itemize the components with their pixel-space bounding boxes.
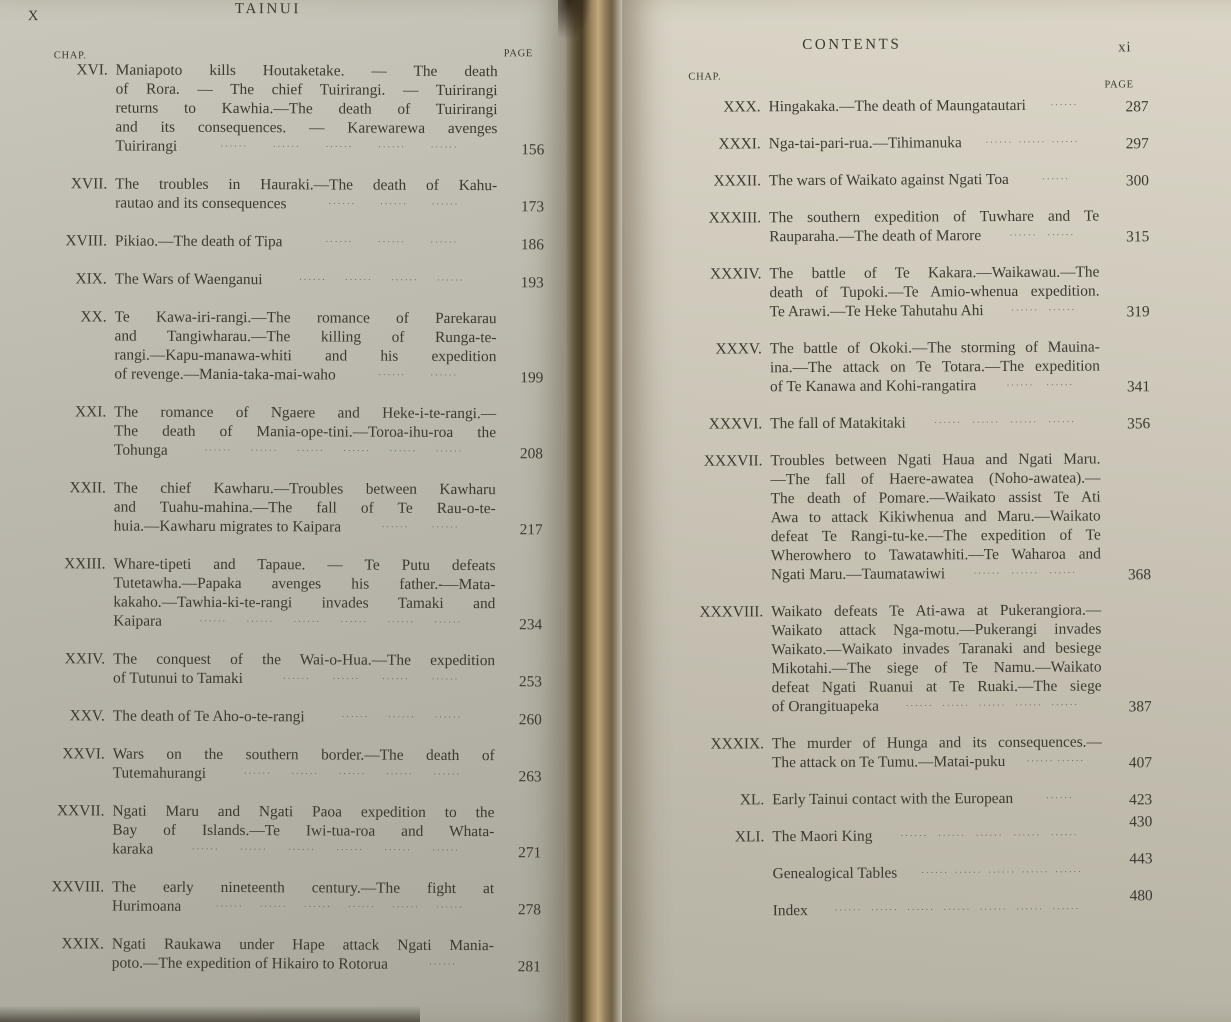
description-line: Waikato.—Waikato invades Taranaki and be… bbox=[771, 638, 1101, 659]
description-line: of Te Kanawa and Kohi-rangatira·········… bbox=[770, 376, 1100, 399]
page-number: 356 bbox=[1108, 414, 1150, 433]
chapter-numeral bbox=[665, 864, 765, 886]
description-text: The Maori King bbox=[772, 827, 872, 847]
chapter-description: Genealogical Tables·····················… bbox=[773, 862, 1103, 885]
dot-leader-group: ······ bbox=[430, 368, 458, 385]
dot-leader: ······ bbox=[1044, 98, 1085, 117]
description-line: and Tuahu-mahina.—The fall of Te Rau-o-t… bbox=[114, 498, 496, 519]
description-text: Hingakaka.—The death of Maungatautari bbox=[769, 96, 1026, 116]
description-line: Waikato attack Nga-motu.—Pukerangi invad… bbox=[771, 619, 1101, 640]
dot-leader-group: ······ bbox=[199, 614, 227, 631]
description-text: of Te Kanawa and Kohi-rangatira bbox=[770, 376, 976, 396]
description-line: karaka··································… bbox=[112, 839, 494, 862]
page-number: 430 bbox=[1110, 812, 1152, 831]
chapter-description: The troubles in Hauraki.—The death of Ka… bbox=[115, 175, 497, 217]
page-number: 278 bbox=[502, 900, 541, 919]
dot-leader-group: ······ bbox=[345, 272, 373, 289]
dot-leader-group: ······ bbox=[392, 899, 420, 917]
toc-entry: XXVI.Wars on the southern border.—The de… bbox=[33, 744, 542, 786]
dot-leader: ············ bbox=[1002, 303, 1086, 322]
dot-leader: ············ bbox=[354, 368, 483, 388]
chapter-description: The romance of Ngaere and Heke-i-te-rang… bbox=[114, 403, 496, 464]
page-column-header-right: PAGE bbox=[1104, 79, 1133, 90]
toc-entry: XVII.The troubles in Hauraki.—The death … bbox=[35, 174, 544, 216]
dot-leader-group: ······ bbox=[339, 766, 367, 784]
description-line: rautao and its consequences·············… bbox=[115, 194, 497, 217]
chapter-numeral: XXXVIII. bbox=[663, 602, 764, 719]
chapter-description: The battle of Okoki.—The storming of Mau… bbox=[770, 338, 1100, 399]
dot-leader-group: ······ bbox=[1013, 828, 1041, 845]
description-line: Ngati Maru and Ngati Paoa expedition to … bbox=[112, 801, 494, 822]
dot-leader: ···································· bbox=[180, 614, 481, 634]
chapter-description: Ngati Raukawa under Hape attack Ngati Ma… bbox=[112, 934, 494, 976]
description-text: rautao and its consequences bbox=[115, 194, 286, 214]
chapter-description: The death of Te Aho-o-te-rangi··········… bbox=[113, 706, 495, 729]
chapter-numeral: XXIX. bbox=[32, 934, 104, 974]
dot-leader: ·················· bbox=[304, 196, 483, 216]
dot-leader-group: ······ bbox=[380, 196, 408, 213]
description-line: Genealogical Tables·····················… bbox=[773, 862, 1103, 885]
dot-leader-group: ······ bbox=[204, 443, 232, 460]
toc-entry: XXIX.Ngati Raukawa under Hape attack Nga… bbox=[32, 934, 541, 976]
description-text: Tutemahurangi bbox=[113, 763, 207, 782]
description-line: death of Tupoki.—Te Amio-whenua expediti… bbox=[769, 282, 1099, 303]
dot-leader: ························ bbox=[281, 272, 483, 292]
dot-leader-group: ······ bbox=[955, 865, 983, 883]
toc-entry: XXXIV.The battle of Te Kakara.—Waikawau.… bbox=[661, 262, 1149, 324]
dot-leader-group: ······ bbox=[431, 196, 459, 214]
description-text: The attack on Te Tumu.—Matai-puku bbox=[772, 752, 1005, 772]
toc-entry: XX.Te Kawa-iri-rangi.—The romance of Par… bbox=[34, 307, 543, 387]
description-text: poto.—The expedition of Hikairo to Rotor… bbox=[112, 953, 388, 973]
dot-leader-group: ······ bbox=[378, 234, 406, 251]
dot-leader-group: ······ bbox=[1009, 228, 1037, 245]
page-number: 387 bbox=[1110, 697, 1152, 716]
description-line: kakaho.—Tawhia-ki-te-rangi invades Tamak… bbox=[113, 593, 495, 614]
chapter-description: Waikato defeats Te Ati-awa at Pukerangio… bbox=[771, 600, 1102, 718]
dot-leader-group: ······ bbox=[1051, 698, 1079, 715]
dot-leader-group: ······ bbox=[871, 902, 899, 920]
dot-leader: ······························ bbox=[915, 865, 1088, 885]
description-line: poto.—The expedition of Hikairo to Rotor… bbox=[112, 953, 494, 976]
description-line: of Tutunui to Tamaki····················… bbox=[113, 668, 495, 691]
dot-leader-group: ······ bbox=[387, 614, 415, 632]
chapter-description: The Maori King··························… bbox=[772, 825, 1102, 848]
dot-leader-group: ······ bbox=[434, 614, 462, 632]
description-line: rangi.—Kapu-manawa-whiti and his expedit… bbox=[114, 346, 496, 367]
dot-leader-group: ······ bbox=[325, 139, 353, 157]
chapter-numeral: XXVIII. bbox=[32, 877, 104, 917]
description-line: The chief Kawharu.—Troubles between Kawh… bbox=[114, 479, 496, 500]
description-line: Wherowhero to Tawatawhiti.—Te Waharoa an… bbox=[771, 545, 1101, 566]
dot-leader: ·················· bbox=[323, 709, 481, 729]
chapter-numeral bbox=[665, 901, 765, 923]
chapter-numeral: XXXVII. bbox=[662, 451, 763, 587]
description-line: The troubles in Hauraki.—The death of Ka… bbox=[115, 175, 497, 196]
toc-entry: XXXIX.The murder of Hunga and its conseq… bbox=[664, 732, 1152, 775]
page-number: 423 bbox=[1110, 790, 1152, 809]
description-line: Waikato defeats Te Ati-awa at Pukerangio… bbox=[771, 600, 1101, 621]
chapter-description: The wars of Waikato against Ngati Toa···… bbox=[769, 170, 1099, 193]
toc-entries-left: XVI.Maniapoto kills Houtaketake. — The d… bbox=[32, 60, 545, 993]
description-line: Kaipara·································… bbox=[113, 612, 495, 635]
chapter-description: Hingakaka.—The death of Maungatautari···… bbox=[769, 96, 1099, 119]
description-line: The battle of Okoki.—The storming of Mau… bbox=[770, 338, 1100, 359]
toc-entry: XXXIII.The southern expedition of Tuwhar… bbox=[661, 206, 1149, 249]
toc-entry: XXIV.The conquest of the Wai-o-Hua.—The … bbox=[33, 649, 542, 691]
chapter-numeral: XXIV. bbox=[33, 649, 105, 689]
chapter-description: The murder of Hunga and its consequences… bbox=[772, 732, 1102, 774]
chapter-description: Ngati Maru and Ngati Paoa expedition to … bbox=[112, 801, 494, 862]
toc-entry: XXVIII.The early nineteenth century.—The… bbox=[32, 877, 541, 919]
chapter-numeral: XXVI. bbox=[33, 744, 105, 784]
dot-leader-group: ······ bbox=[216, 899, 244, 916]
toc-entry: XVIII.Pikiao.—The death of Tipa·········… bbox=[35, 231, 544, 254]
dot-leader-group: ······ bbox=[906, 698, 934, 716]
description-line: The murder of Hunga and its consequences… bbox=[772, 732, 1102, 753]
description-line: The death of Te Aho-o-te-rangi··········… bbox=[113, 706, 495, 729]
page-number: 319 bbox=[1108, 302, 1150, 321]
dot-leader-group: ······ bbox=[332, 671, 360, 688]
description-line: The death of Pomare.—Waikato assist Te A… bbox=[771, 488, 1101, 509]
dot-leader-group: ······ bbox=[325, 234, 353, 251]
page-number: 480 bbox=[1111, 886, 1153, 905]
page-number: 263 bbox=[503, 767, 542, 786]
description-line: Bay of Islands.—Te Iwi-tua-roa and Whata… bbox=[112, 820, 494, 841]
dot-leader-group: ······ bbox=[433, 766, 461, 784]
description-line: The early nineteenth century.—The fight … bbox=[112, 877, 494, 898]
dot-leader-group: ······ bbox=[972, 415, 1000, 433]
dot-leader-group: ······ bbox=[1018, 135, 1046, 152]
dot-leader-group: ······ bbox=[431, 671, 459, 689]
description-line: and Tangiwharau.—The killing of Runga-te… bbox=[114, 327, 496, 348]
description-text: Tohunga bbox=[114, 441, 168, 460]
page-number: 199 bbox=[504, 368, 543, 387]
description-line: Ngati Maru.—Taumatawiwi·················… bbox=[771, 563, 1101, 586]
chapter-numeral: XXX. bbox=[661, 97, 761, 119]
description-text: Genealogical Tables bbox=[773, 864, 898, 884]
book-photo: X TAINUI CHAP. PAGE XVI.Maniapoto kills … bbox=[0, 0, 1231, 1022]
dot-leader-group: ······ bbox=[336, 842, 364, 860]
toc-entry: XXXV.The battle of Okoki.—The storming o… bbox=[662, 337, 1150, 399]
dot-leader-group: ······ bbox=[432, 842, 460, 860]
toc-entry: XXXVII.Troubles between Ngati Haua and N… bbox=[662, 449, 1151, 587]
dot-leader-group: ······ bbox=[1046, 378, 1074, 395]
description-line: The wars of Waikato against Ngati Toa···… bbox=[769, 170, 1099, 193]
dot-leader-group: ······ bbox=[299, 272, 327, 289]
dot-leader-group: ······ bbox=[283, 671, 311, 688]
toc-entry: XIX.The Wars of Waenganui···············… bbox=[35, 269, 544, 292]
dot-leader-group: ······ bbox=[293, 614, 321, 632]
dot-leader: ············ bbox=[1023, 754, 1088, 773]
dot-leader-group: ······ bbox=[220, 139, 248, 156]
page-number: 300 bbox=[1107, 171, 1149, 190]
toc-entry: XXVII.Ngati Maru and Ngati Paoa expediti… bbox=[32, 801, 541, 862]
page-number: 297 bbox=[1107, 134, 1149, 153]
toc-entry: XXII.The chief Kawharu.—Troubles between… bbox=[34, 478, 543, 539]
chapter-description: Troubles between Ngati Haua and Ngati Ma… bbox=[770, 450, 1101, 587]
dot-leader: ···································· bbox=[171, 842, 480, 862]
description-line: Maniapoto kills Houtaketake. — The death bbox=[116, 61, 498, 82]
description-line: Index···································… bbox=[773, 899, 1103, 922]
dot-leader-group: ······ bbox=[1042, 172, 1070, 189]
chapter-numeral: XXIII. bbox=[33, 554, 105, 632]
running-title-right: CONTENTS bbox=[802, 37, 901, 55]
description-line: The Wars of Waenganui···················… bbox=[115, 270, 497, 293]
dot-leader-group: ······ bbox=[921, 865, 949, 883]
dot-leader-group: ······ bbox=[388, 709, 416, 726]
dot-leader-group: ······ bbox=[382, 520, 410, 537]
toc-entry: XXV.The death of Te Aho-o-te-rangi······… bbox=[33, 706, 542, 729]
page-number: 193 bbox=[505, 273, 544, 292]
left-page: X TAINUI CHAP. PAGE XVI.Maniapoto kills … bbox=[0, 0, 566, 1022]
page-number: 368 bbox=[1109, 565, 1151, 584]
dot-leader-group: ······ bbox=[244, 766, 272, 783]
dot-leader: ······ bbox=[1027, 172, 1085, 191]
dot-leader-group: ······ bbox=[1052, 135, 1080, 152]
description-line: The southern expedition of Tuwhare and T… bbox=[769, 207, 1099, 228]
dot-leader-group: ······ bbox=[384, 842, 412, 860]
dot-leader-group: ······ bbox=[1046, 791, 1074, 808]
page-number: 186 bbox=[505, 235, 544, 254]
description-line: ina.—The attack on Te Totara.—The expedi… bbox=[770, 357, 1100, 378]
chap-column-header-right: CHAP. bbox=[688, 71, 721, 82]
description-text: of Orangituapeka bbox=[772, 697, 879, 717]
chapter-numeral: XVII. bbox=[35, 174, 107, 214]
dot-leader-group: ······ bbox=[988, 865, 1016, 883]
description-line: The Maori King··························… bbox=[772, 825, 1102, 848]
dot-leader: ···································· bbox=[199, 899, 480, 919]
dot-leader: ······························ bbox=[897, 698, 1088, 718]
description-text: Pikiao.—The death of Tipa bbox=[115, 232, 283, 252]
toc-entry: XXXI.Nga-tai-pari-rua.—Tihimanuka·······… bbox=[661, 132, 1149, 156]
description-text: of Tutunui to Tamaki bbox=[113, 668, 243, 688]
description-text: Ngati Maru.—Taumatawiwi bbox=[771, 564, 945, 584]
chapter-description: The battle of Te Kakara.—Waikawau.—Thede… bbox=[769, 263, 1099, 324]
chapter-numeral: XXXI. bbox=[661, 134, 761, 156]
dot-leader: ························ bbox=[924, 415, 1087, 435]
chapter-numeral: XXV. bbox=[33, 706, 105, 727]
description-line: Pikiao.—The death of Tipa···············… bbox=[115, 232, 497, 255]
page-number: 156 bbox=[505, 140, 544, 159]
toc-entry: XXXVIII.Waikato defeats Te Ati-awa at Pu… bbox=[663, 600, 1152, 719]
dot-leader-group: ······ bbox=[240, 842, 268, 859]
description-text: huia.—Kawharu migrates to Kaipara bbox=[114, 517, 341, 537]
dot-leader: ············ bbox=[359, 520, 482, 540]
dot-leader-group: ······ bbox=[343, 443, 371, 461]
dot-leader-group: ······ bbox=[1055, 865, 1083, 882]
dot-leader-group: ······ bbox=[1050, 98, 1078, 115]
chapter-numeral: XX. bbox=[34, 307, 106, 385]
description-text: Tuirirangi bbox=[115, 137, 177, 156]
description-line: Tuirirangi······························ bbox=[115, 137, 497, 160]
running-title-left: TAINUI bbox=[0, 0, 536, 19]
dot-leader-group: ······ bbox=[934, 415, 962, 433]
folio-right: xi bbox=[1118, 39, 1131, 56]
chapter-description: Index···································… bbox=[773, 899, 1103, 922]
page-number: 208 bbox=[504, 444, 543, 463]
toc-entry: XVI.Maniapoto kills Houtaketake. — The d… bbox=[35, 60, 544, 159]
dot-leader-group: ······ bbox=[251, 443, 279, 460]
dot-leader-group: ······ bbox=[378, 139, 406, 157]
chapter-numeral: XXVII. bbox=[32, 801, 104, 860]
dot-leader-group: ······ bbox=[1048, 415, 1076, 432]
dot-leader-group: ······ bbox=[273, 139, 301, 156]
chapter-description: Wars on the southern border.—The death o… bbox=[113, 744, 495, 786]
dot-leader-group: ······ bbox=[288, 842, 316, 860]
description-line: Mikotahi.—The siege of Te Namu.—Waikato bbox=[771, 657, 1101, 678]
dot-leader: ············ bbox=[999, 228, 1085, 247]
description-line: The death of Mania-ope-tini.—Toroa-ihu-r… bbox=[114, 422, 496, 443]
toc-entry: XXIII.Whare-tipeti and Tapaue. — Te Putu… bbox=[33, 554, 542, 634]
dot-leader-group: ······ bbox=[976, 828, 1004, 846]
page-column-header-left: PAGE bbox=[504, 48, 533, 59]
description-text: Rauparaha.—The death of Marore bbox=[769, 226, 981, 246]
description-line: Tutetawha.—Papaka avenges his father.-—M… bbox=[113, 574, 495, 595]
toc-entries-right: XXX.Hingakaka.—The death of Maungatautar… bbox=[661, 95, 1153, 939]
description-line: of revenge.—Mania-taka-mai-waho·········… bbox=[114, 365, 496, 388]
dot-leader-group: ······ bbox=[436, 443, 464, 461]
dot-leader-group: ······ bbox=[1048, 303, 1076, 320]
chapter-numeral: XXXIII. bbox=[661, 208, 761, 249]
dot-leader-group: ······ bbox=[1015, 698, 1043, 715]
toc-entry: XXI.The romance of Ngaere and Heke-i-te-… bbox=[34, 402, 543, 463]
dot-leader-group: ······ bbox=[978, 698, 1006, 716]
dot-leader-group: ······ bbox=[391, 272, 419, 290]
description-line: defeat Ngati Ruanui at Te Ruaki.—The sie… bbox=[772, 676, 1102, 697]
description-text: Kaipara bbox=[113, 612, 162, 631]
chapter-description: Pikiao.—The death of Tipa···············… bbox=[115, 232, 497, 255]
dot-leader-group: ······ bbox=[943, 902, 971, 920]
dot-leader: ······························ bbox=[890, 828, 1088, 848]
chapter-numeral: XXXII. bbox=[661, 171, 761, 193]
description-line: Hurimoana·······························… bbox=[112, 896, 494, 919]
dot-leader-group: ······ bbox=[430, 234, 458, 252]
dot-leader-group: ······ bbox=[907, 902, 935, 920]
description-text: The Wars of Waenganui bbox=[115, 270, 263, 290]
toc-entry: XXXVI.The fall of Matakitaki············… bbox=[662, 412, 1150, 436]
dot-leader-group: ······ bbox=[985, 135, 1013, 153]
dot-leader-group: ······ bbox=[938, 828, 966, 846]
page-number: 341 bbox=[1108, 377, 1150, 396]
dot-leader-group: ······ bbox=[980, 902, 1008, 920]
description-text: Early Tainui contact with the European bbox=[772, 789, 1013, 809]
description-line: —The fall of Haere-awatea (Noho-awatea).… bbox=[770, 469, 1100, 490]
description-line: The conquest of the Wai-o-Hua.—The exped… bbox=[113, 649, 495, 670]
toc-entry: Index···································… bbox=[665, 899, 1153, 923]
dot-leader-group: ······ bbox=[341, 709, 369, 726]
chapter-description: The Wars of Waenganui···················… bbox=[115, 270, 497, 293]
dot-leader-group: ······ bbox=[1011, 303, 1039, 320]
dot-leader-group: ······ bbox=[973, 566, 1001, 584]
toc-entry: XXXII.The wars of Waikato against Ngati … bbox=[661, 169, 1149, 193]
description-line: Te Arawi.—Te Heke Tahutahu Ahi··········… bbox=[770, 301, 1100, 324]
dot-leader-group: ······ bbox=[942, 698, 970, 716]
chapter-description: Te Kawa-iri-rangi.—The romance of Pareka… bbox=[114, 308, 496, 388]
dot-leader-group: ······ bbox=[386, 766, 414, 784]
dot-leader-group: ······ bbox=[1026, 754, 1054, 771]
description-line: of Orangituapeka························… bbox=[772, 695, 1102, 718]
dot-leader-group: ······ bbox=[291, 766, 319, 783]
description-line: Tutemahurangi···························… bbox=[113, 763, 495, 786]
dot-leader-group: ······ bbox=[389, 443, 417, 461]
dot-leader-group: ······ bbox=[246, 614, 274, 631]
description-text: of revenge.—Mania-taka-mai-waho bbox=[114, 365, 335, 385]
description-text: The wars of Waikato against Ngati Toa bbox=[769, 170, 1009, 190]
page-number: 260 bbox=[503, 710, 542, 729]
chapter-numeral: XL. bbox=[664, 790, 764, 812]
dot-leader: ························ bbox=[261, 671, 481, 691]
description-line: Tohunga·································… bbox=[114, 441, 496, 464]
dot-leader-group: ······ bbox=[297, 443, 325, 461]
description-line: huia.—Kawharu migrates to Kaipara·······… bbox=[114, 517, 496, 540]
dot-leader-group: ······ bbox=[260, 899, 288, 916]
chapter-numeral: XLI. bbox=[664, 827, 764, 849]
dot-leader-group: ······ bbox=[1051, 828, 1079, 845]
right-page: CONTENTS xi CHAP. PAGE XXX.Hingakaka.—Th… bbox=[622, 0, 1231, 1022]
dot-leader: ······ bbox=[406, 957, 480, 976]
page-number: 173 bbox=[505, 197, 544, 216]
chapter-numeral: XXI. bbox=[34, 402, 106, 461]
description-line: Troubles between Ngati Haua and Ngati Ma… bbox=[770, 450, 1100, 471]
dot-leader-group: ······ bbox=[304, 899, 332, 917]
dot-leader-group: ······ bbox=[834, 902, 862, 920]
description-line: Early Tainui contact with the European··… bbox=[772, 788, 1102, 811]
chapter-description: The early nineteenth century.—The fight … bbox=[112, 877, 494, 919]
dot-leader-group: ······ bbox=[1016, 902, 1044, 919]
dot-leader: ············ bbox=[994, 378, 1086, 397]
chapter-description: The conquest of the Wai-o-Hua.—The exped… bbox=[113, 649, 495, 691]
dot-leader: ······························ bbox=[195, 139, 483, 159]
description-text: karaka bbox=[112, 839, 153, 858]
chapter-description: Whare-tipeti and Tapaue. — Te Putu defea… bbox=[113, 555, 495, 635]
dot-leader-group: ······ bbox=[1011, 566, 1039, 583]
spine-gutter bbox=[566, 0, 622, 1022]
page-number: 253 bbox=[503, 672, 542, 691]
dot-leader-group: ······ bbox=[434, 709, 462, 727]
dot-leader: ······························ bbox=[224, 766, 481, 786]
description-line: The battle of Te Kakara.—Waikawau.—The bbox=[769, 263, 1099, 284]
dot-leader: ···································· bbox=[186, 443, 482, 463]
description-line: Ngati Raukawa under Hape attack Ngati Ma… bbox=[112, 934, 494, 955]
page-number: 271 bbox=[502, 843, 541, 862]
toc-entry: XLI.The Maori King······················… bbox=[664, 825, 1152, 849]
description-line: returns to Kawhia.—The death of Tuiriran… bbox=[115, 99, 497, 120]
description-text: The death of Te Aho-o-te-rangi bbox=[113, 706, 305, 726]
page-number: 287 bbox=[1107, 97, 1149, 116]
chapter-description: The fall of Matakitaki··················… bbox=[770, 413, 1100, 436]
chapter-numeral: XVI. bbox=[35, 60, 107, 157]
chapter-numeral: XXXVI. bbox=[662, 414, 762, 436]
dot-leader-group: ······ bbox=[1049, 566, 1077, 583]
description-line: The attack on Te Tumu.—Matai-puku·······… bbox=[772, 751, 1102, 774]
page-number: 234 bbox=[503, 615, 542, 634]
description-line: Wars on the southern border.—The death o… bbox=[113, 744, 495, 765]
dot-leader-group: ······ bbox=[1057, 754, 1085, 771]
page-number: 443 bbox=[1110, 849, 1152, 868]
dot-leader-group: ······ bbox=[437, 272, 465, 290]
dot-leader-group: ······ bbox=[900, 828, 928, 846]
dot-leader-group: ······ bbox=[1006, 378, 1034, 395]
dot-leader-group: ······ bbox=[432, 520, 460, 537]
description-text: Te Arawi.—Te Heke Tahutahu Ahi bbox=[770, 301, 984, 321]
description-line: The fall of Matakitaki··················… bbox=[770, 413, 1100, 436]
dot-leader-group: ······ bbox=[348, 899, 376, 917]
page-number: 315 bbox=[1107, 227, 1149, 246]
description-text: The fall of Matakitaki bbox=[770, 414, 906, 434]
chapter-numeral: XXXIX. bbox=[664, 734, 764, 775]
chapter-numeral: XXXIV. bbox=[661, 264, 761, 324]
